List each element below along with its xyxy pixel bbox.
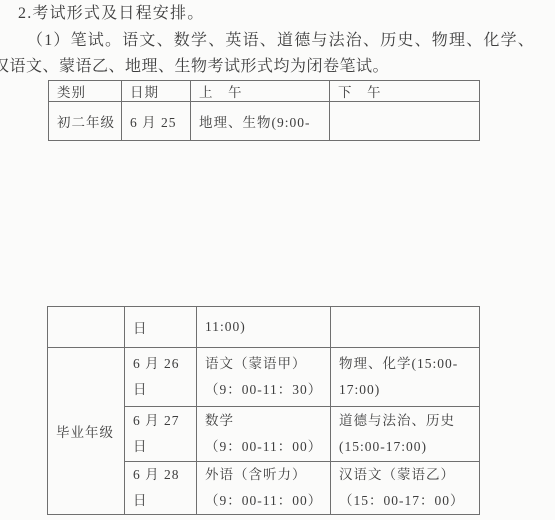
time-line: 17:00) — [339, 377, 477, 403]
cell-june27-morning: 数学 （9：00-11：00） — [197, 407, 331, 462]
cell-june26-date: 6 月 26 日 — [125, 348, 197, 407]
cell-grade8-afternoon — [330, 102, 480, 141]
date-line: 6 月 26 — [133, 351, 194, 377]
cell-june28-morning: 外语（含听力） （9：00-11：00） — [197, 462, 331, 515]
subject-line: 物理、化学(15:00- — [339, 351, 477, 377]
cell-graduating-grade-category: 毕业年级 — [48, 348, 125, 515]
subject-line: 道德与法治、历史 — [339, 408, 477, 434]
exam-schedule-table-top: 类别 日期 上 午 下 午 初二年级 6 月 25 地理、生物(9:00- — [48, 80, 480, 141]
header-cell-date: 日期 — [122, 81, 191, 102]
cell-june26-afternoon: 物理、化学(15:00- 17:00) — [331, 348, 480, 407]
paragraph-line-written-test-subjects-cont: 汉语文、蒙语乙、地理、生物考试形式均为闭卷笔试。 — [0, 57, 389, 77]
date-line: 6 月 27 — [133, 408, 194, 434]
document-page: 2.考试形式及日程安排。 （1）笔试。语文、数学、英语、道德与法治、历史、物理、… — [0, 0, 555, 520]
subject-line: 数学 — [205, 408, 328, 434]
table-row-june26: 毕业年级 6 月 26 日 语文（蒙语甲） （9：00-11：30） 物理、化学… — [48, 348, 480, 407]
time-line: （15：00-17：00） — [339, 488, 477, 514]
date-line: 日 — [133, 377, 194, 403]
exam-schedule-table-bottom: 日 11:00) 毕业年级 6 月 26 日 语文（蒙语甲） （9：00-11：… — [47, 306, 480, 515]
cell-cont-morning: 11:00) — [197, 307, 331, 348]
paragraph-line-exam-format-heading: 2.考试形式及日程安排。 — [18, 4, 204, 24]
date-line: 6 月 28 — [133, 462, 194, 488]
cell-cont-afternoon — [331, 307, 480, 348]
cell-cont-category — [48, 307, 125, 348]
time-line: （9：00-11：00） — [205, 434, 328, 460]
cell-grade8-date: 6 月 25 — [122, 102, 191, 141]
cell-june27-date: 6 月 27 日 — [125, 407, 197, 462]
date-line: 日 — [133, 488, 194, 514]
subject-line: 外语（含听力） — [205, 462, 328, 488]
cell-cont-date: 日 — [125, 307, 197, 348]
time-line: （9：00-11：00） — [205, 488, 328, 514]
table-header-row: 类别 日期 上 午 下 午 — [49, 81, 480, 102]
table-row-grade8-continued: 日 11:00) — [48, 307, 480, 348]
subject-line: 语文（蒙语甲） — [205, 351, 328, 377]
subject-line: 汉语文（蒙语乙） — [339, 462, 477, 488]
time-line: (15:00-17:00) — [339, 434, 477, 460]
paragraph-line-written-test-subjects: （1）笔试。语文、数学、英语、道德与法治、历史、物理、化学、 — [27, 31, 535, 51]
time-line: （9：00-11：30） — [205, 377, 328, 403]
table-row-grade8: 初二年级 6 月 25 地理、生物(9:00- — [49, 102, 480, 141]
cell-june28-date: 6 月 28 日 — [125, 462, 197, 515]
date-line: 日 — [133, 434, 194, 460]
cell-grade8-morning: 地理、生物(9:00- — [191, 102, 330, 141]
header-cell-morning: 上 午 — [191, 81, 330, 102]
header-cell-category: 类别 — [49, 81, 122, 102]
header-cell-afternoon: 下 午 — [330, 81, 480, 102]
cell-june28-afternoon: 汉语文（蒙语乙） （15：00-17：00） — [331, 462, 480, 515]
cell-june26-morning: 语文（蒙语甲） （9：00-11：30） — [197, 348, 331, 407]
cell-june27-afternoon: 道德与法治、历史 (15:00-17:00) — [331, 407, 480, 462]
cell-grade8-category: 初二年级 — [49, 102, 122, 141]
